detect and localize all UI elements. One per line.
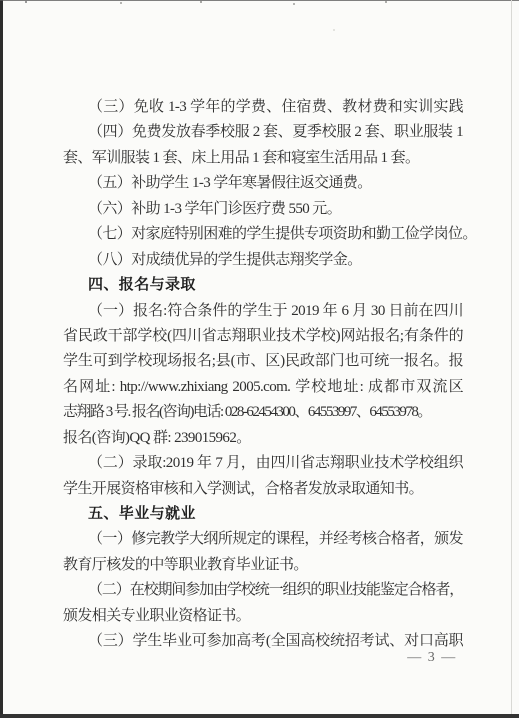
- text-line: 学生可到学校现场报名;县(市、区)民政部门也可统一报名。报: [63, 349, 463, 374]
- text-line: 套、军训服装 1 套、床上用品 1 套和寝室生活用品 1 套。: [63, 146, 463, 171]
- scan-edge-top: [0, 0, 519, 1]
- text-line: （二）在校期间参加由学校统一组织的职业技能鉴定合格者，: [63, 578, 463, 603]
- text-line: （三）学生毕业可参加高考(全国高校统招考试、对口高职考: [63, 629, 463, 654]
- scanned-document-page: （三）免收 1-3 学年的学费、住宿费、教材费和实训实践费。 （四）免费发放春季…: [0, 0, 519, 718]
- text-line: 学生开展资格审核和入学测试，合格者发放录取通知书。: [63, 477, 463, 502]
- text-line: 省民政干部学校(四川省志翔职业技术学校)网站报名;有条件的: [63, 324, 463, 349]
- section-heading-graduation: 五、毕业与就业: [63, 502, 463, 527]
- text-line: （五）补助学生 1-3 学年寒暑假往返交通费。: [63, 171, 463, 196]
- text-line: （二）录取:2019 年 7 月，由四川省志翔职业技术学校组织: [63, 451, 463, 476]
- text-line: （七）对家庭特别困难的学生提供专项资助和勤工俭学岗位。: [63, 222, 463, 247]
- scan-edge-left: [0, 0, 3, 718]
- text-line: （一）报名:符合条件的学生于 2019 年 6 月 30 日前在四川: [63, 299, 463, 324]
- section-heading-enrollment: 四、报名与录取: [63, 273, 463, 298]
- text-line: （三）免收 1-3 学年的学费、住宿费、教材费和实训实践费。: [63, 95, 463, 120]
- text-line: 名网址: htp://www.zhixiang 2005.com. 学校地址: …: [63, 375, 463, 400]
- scan-edge-bottom: [0, 714, 519, 718]
- text-line: 报名(咨询)QQ 群: 239015962。: [63, 426, 463, 451]
- page-number: — 3 —: [404, 650, 460, 666]
- text-line: 志翔路 3 号. 报名(咨询)电话: 028-62454300、64553997…: [63, 400, 463, 425]
- text-line: 颁发相关专业职业资格证书。: [63, 604, 463, 629]
- scan-specks: [25, 1, 27, 3]
- text-line: 教育厅核发的中等职业教育毕业证书。: [63, 553, 463, 578]
- text-line: （六）补助 1-3 学年门诊医疗费 550 元。: [63, 197, 463, 222]
- scan-crease-right: [511, 0, 512, 714]
- text-line: （八）对成绩优异的学生提供志翔奖学金。: [63, 248, 463, 273]
- document-text-block: （三）免收 1-3 学年的学费、住宿费、教材费和实训实践费。 （四）免费发放春季…: [63, 95, 463, 655]
- text-line: （一）修完教学大纲所规定的课程，并经考核合格者，颁发: [63, 527, 463, 552]
- text-line: （四）免费发放春季校服 2 套、夏季校服 2 套、职业服装 1: [63, 120, 463, 145]
